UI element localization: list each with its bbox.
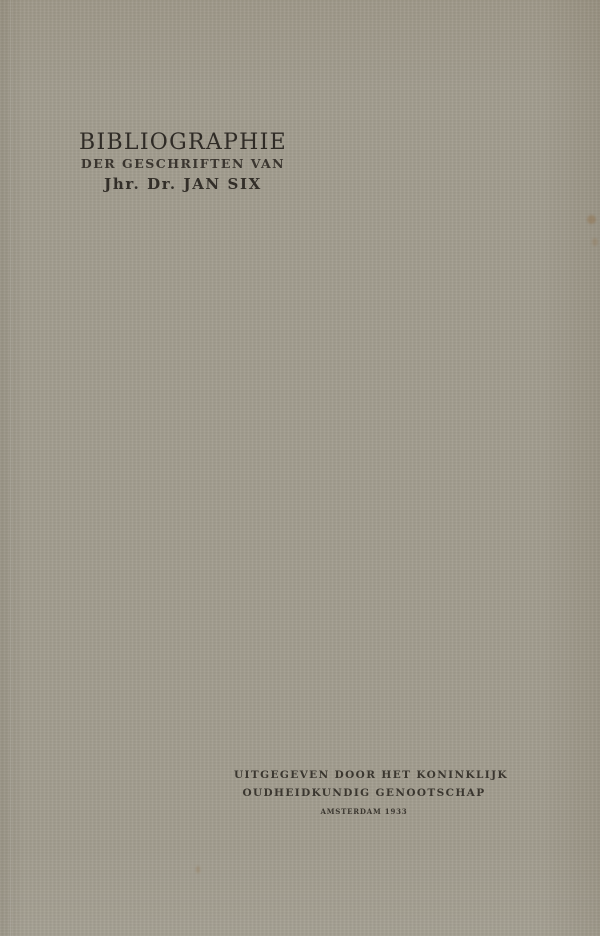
book-title: BIBLIOGRAPHIE bbox=[62, 131, 304, 155]
publisher-line-1: UITGEGEVEN DOOR HET KONINKLIJK bbox=[234, 766, 494, 784]
book-author: Jhr. Dr. JAN SIX bbox=[62, 173, 304, 195]
stain-mark bbox=[587, 215, 596, 224]
title-block: BIBLIOGRAPHIE DER GESCHRIFTEN VAN Jhr. D… bbox=[62, 131, 304, 195]
stain-mark bbox=[592, 238, 598, 246]
publication-place-year: AMSTERDAM 1933 bbox=[234, 805, 494, 819]
stain-mark bbox=[196, 866, 200, 873]
book-cover: BIBLIOGRAPHIE DER GESCHRIFTEN VAN Jhr. D… bbox=[0, 0, 600, 936]
publisher-block: UITGEGEVEN DOOR HET KONINKLIJK OUDHEIDKU… bbox=[234, 766, 494, 819]
book-subtitle: DER GESCHRIFTEN VAN bbox=[62, 155, 304, 173]
publisher-line-2: OUDHEIDKUNDIG GENOOTSCHAP bbox=[234, 784, 494, 802]
spine-edge bbox=[10, 0, 11, 936]
